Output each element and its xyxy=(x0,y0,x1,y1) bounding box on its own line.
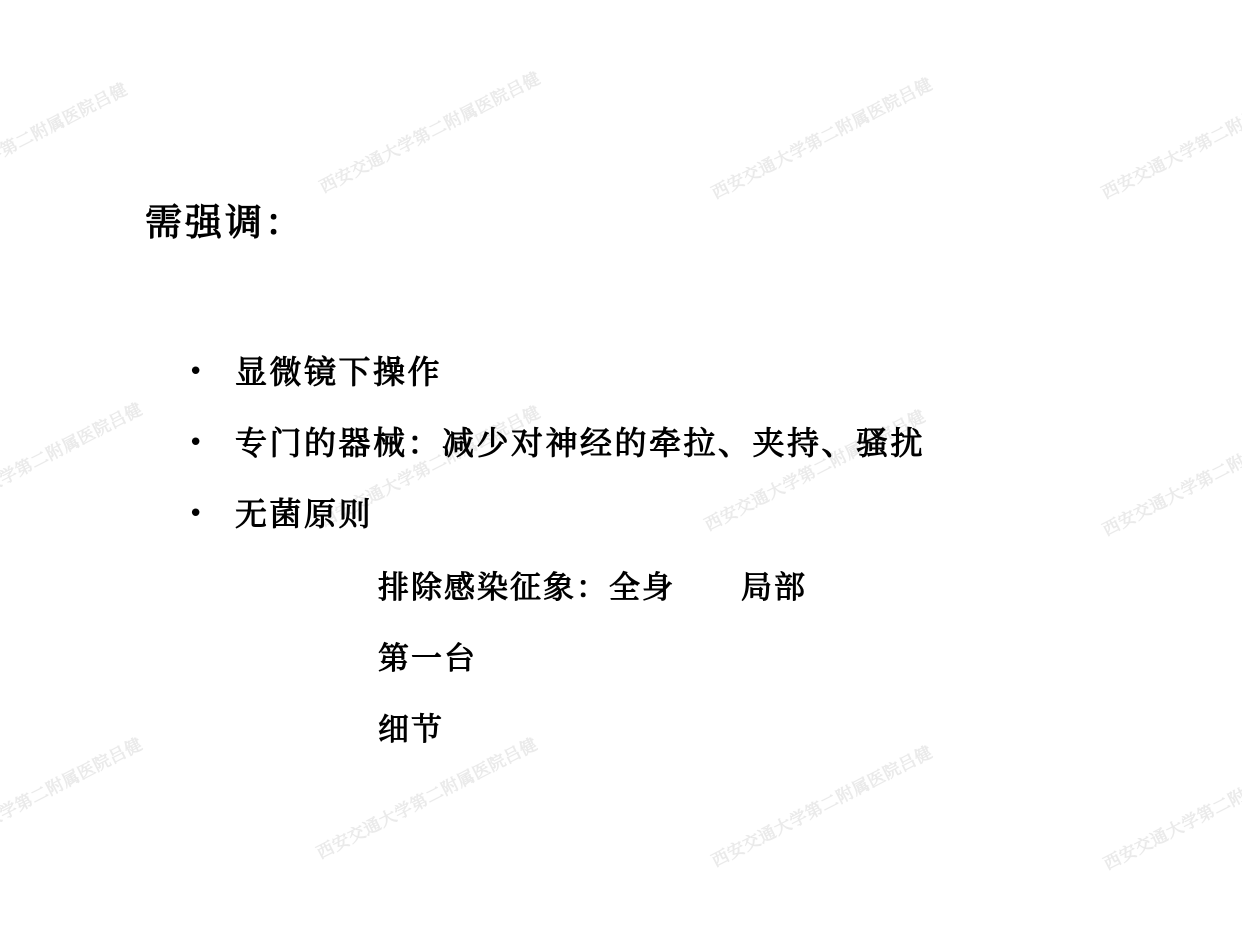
bullet-list: • 显微镜下操作 • 专门的器械：减少对神经的牵拉、夹持、骚扰 • 无菌原则 xyxy=(188,352,925,565)
watermark-text: 西安交通大学第二附属医院吕健 xyxy=(1097,407,1242,541)
bullet-text: 显微镜下操作 xyxy=(235,352,442,392)
watermark-text: 西安交通大学第二附属医院吕健 xyxy=(314,64,544,198)
bullet-text: 专门的器械：减少对神经的牵拉、夹持、骚扰 xyxy=(235,423,925,463)
bullet-icon: • xyxy=(188,501,235,527)
slide-title: 需强调： xyxy=(145,202,305,246)
indented-text-block: 排除感染征象：全身 局部 第一台 细节 xyxy=(378,568,807,781)
presentation-slide: 西安交通大学第二附属医院吕健 西安交通大学第二附属医院吕健 西安交通大学第二附属… xyxy=(0,0,1242,932)
watermark-text: 西安交通大学第二附属医院吕健 xyxy=(1098,741,1242,875)
watermark-text: 西安交通大学第二附属医院吕健 xyxy=(0,75,131,209)
sub-line: 细节 xyxy=(378,710,807,750)
list-item: • 专门的器械：减少对神经的牵拉、夹持、骚扰 xyxy=(188,423,925,463)
bullet-text: 无菌原则 xyxy=(235,494,373,534)
watermark-text: 西安交通大学第二附属医院吕健 xyxy=(1096,70,1242,204)
list-item: • 显微镜下操作 xyxy=(188,352,925,392)
sub-line: 第一台 xyxy=(378,639,807,679)
bullet-icon: • xyxy=(188,430,235,456)
watermark-text: 西安交通大学第二附属医院吕健 xyxy=(0,730,146,864)
watermark-text: 西安交通大学第二附属医院吕健 xyxy=(0,395,146,529)
sub-line: 排除感染征象：全身 局部 xyxy=(378,568,807,608)
list-item: • 无菌原则 xyxy=(188,494,925,534)
watermark-text: 西安交通大学第二附属医院吕健 xyxy=(706,70,936,204)
bullet-icon: • xyxy=(188,359,235,385)
